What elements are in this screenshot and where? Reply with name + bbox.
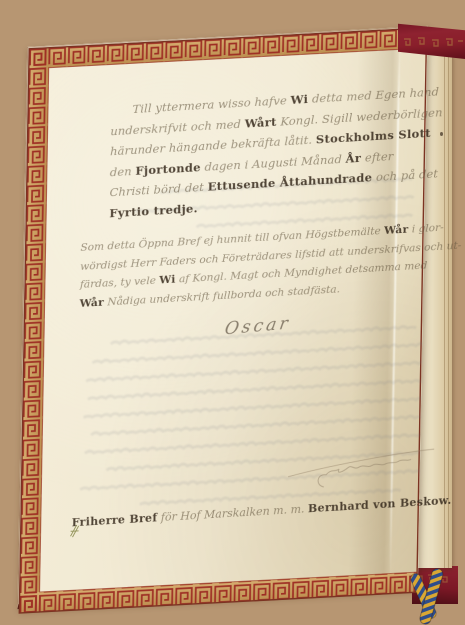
registrar-paraph xyxy=(67,522,83,541)
emphasized-word: Fyrtio tredje. xyxy=(109,201,198,220)
emphasized-word: Wårt xyxy=(245,114,277,130)
leaf-edge xyxy=(448,54,449,568)
emphasized-word: År xyxy=(346,150,362,165)
seal-cord xyxy=(402,568,462,625)
script-text: Christi börd det xyxy=(110,180,208,200)
countersignature xyxy=(284,445,441,497)
script-text: i glor- xyxy=(408,222,443,236)
emphasized-word: Wi xyxy=(290,92,308,107)
emphasized-word: Wår xyxy=(384,224,408,237)
emphasized-word: Friherre Bref xyxy=(72,511,158,529)
charter-page: Till yttermera wisso hafve Wi detta med … xyxy=(17,26,427,609)
script-text: färdas, ty vele xyxy=(80,275,160,291)
countersignature-flourish xyxy=(288,449,434,477)
script-text: detta med Egen hand xyxy=(308,84,439,106)
closing-paragraph: Till yttermera wisso hafve Wi detta med … xyxy=(109,83,410,224)
emphasized-word: Fjortonde xyxy=(135,160,201,178)
emphasized-word: Wi xyxy=(159,274,175,287)
page-speck xyxy=(440,132,443,136)
script-text: efter xyxy=(361,149,393,165)
emphasized-word: Wår xyxy=(80,296,104,309)
script-text: den xyxy=(110,163,136,179)
leaf-edge xyxy=(444,54,445,568)
photographed-charter: Till yttermera wisso hafve Wi detta med … xyxy=(0,0,465,625)
